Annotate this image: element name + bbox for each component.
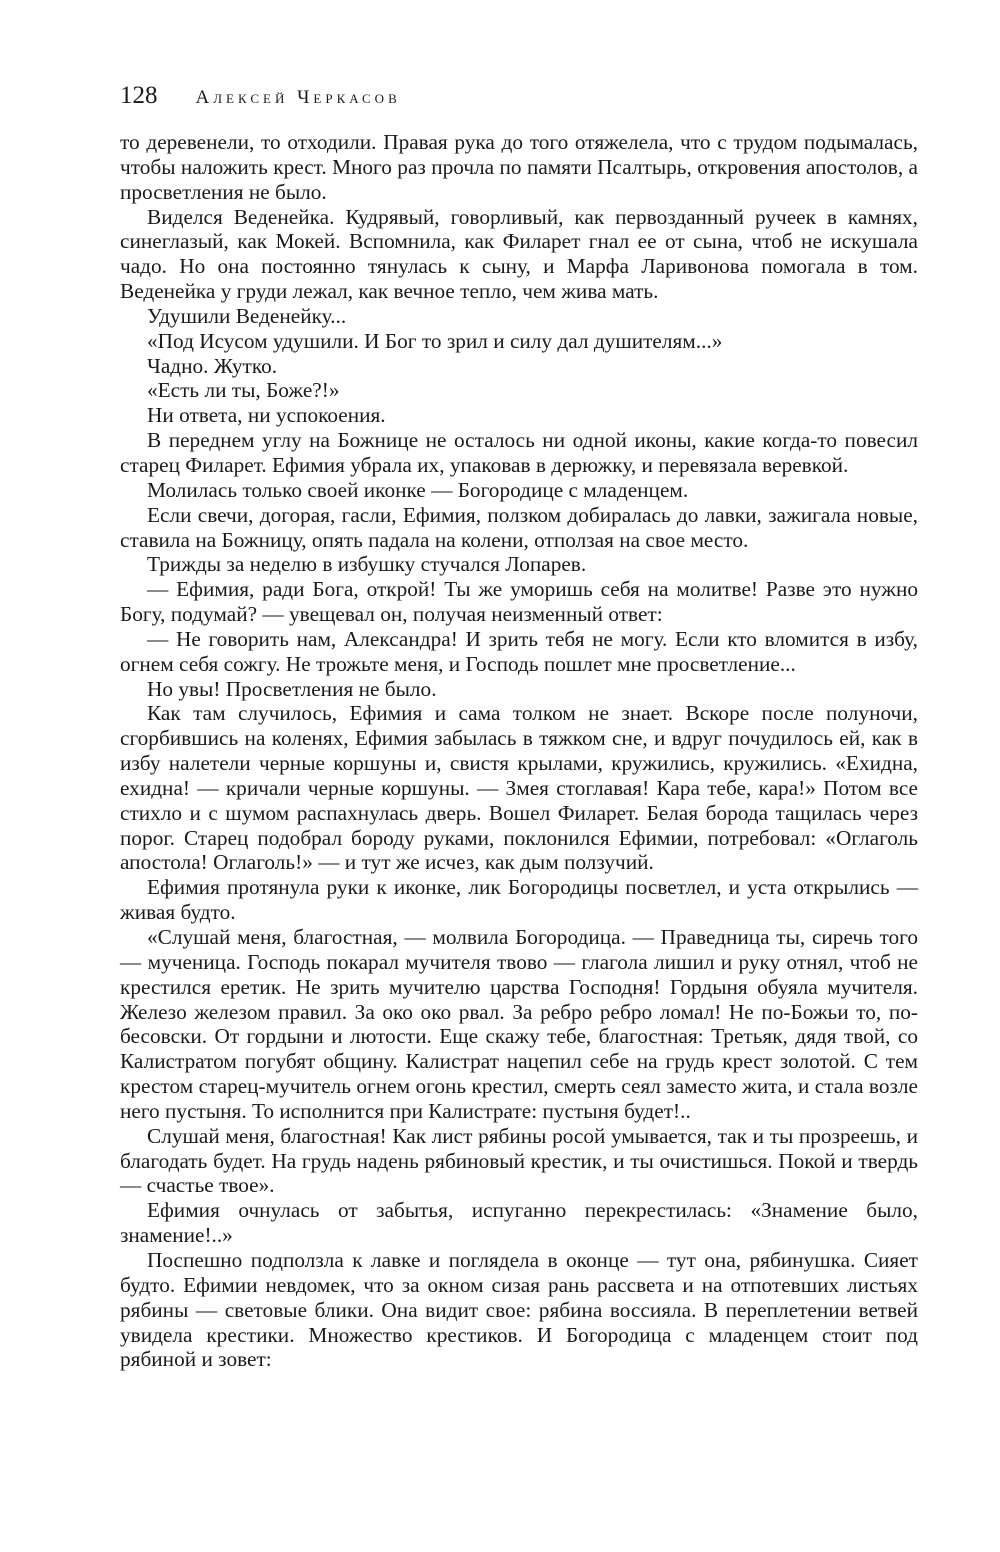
- running-head: 128 Алексей Черкасов: [120, 82, 918, 116]
- paragraph: Как там случилось, Ефимия и сама толком …: [120, 701, 918, 875]
- paragraph: Слушай меня, благостная! Как лист рябины…: [120, 1124, 918, 1199]
- running-head-author: Алексей Черкасов: [196, 87, 401, 109]
- paragraph: Поспешно подползла к лавке и поглядела в…: [120, 1248, 918, 1372]
- paragraph: Удушили Веденейку...: [120, 304, 918, 329]
- paragraph: Но увы! Просветления не было.: [120, 677, 918, 702]
- book-page: 128 Алексей Черкасов то деревенели, то о…: [120, 82, 918, 1372]
- paragraph: Виделся Веденейка. Кудрявый, говорливый,…: [120, 205, 918, 304]
- paragraph: — Не говорить нам, Александра! И зрить т…: [120, 627, 918, 677]
- paragraph: «Слушай меня, благостная, — молвила Бого…: [120, 925, 918, 1124]
- paragraph: Ефимия протянула руки к иконке, лик Бого…: [120, 875, 918, 925]
- paragraph: Если свечи, догорая, гасли, Ефимия, полз…: [120, 503, 918, 553]
- page-number: 128: [120, 82, 158, 110]
- paragraph: В переднем углу на Божнице не осталось н…: [120, 428, 918, 478]
- paragraph: Молилась только своей иконке — Богородиц…: [120, 478, 918, 503]
- paragraph: Чадно. Жутко.: [120, 354, 918, 379]
- paragraph: «Под Исусом удушили. И Бог то зрил и сил…: [120, 329, 918, 354]
- page-body: то деревенели, то отходили. Правая рука …: [120, 130, 918, 1372]
- paragraph: «Есть ли ты, Боже?!»: [120, 378, 918, 403]
- paragraph: то деревенели, то отходили. Правая рука …: [120, 130, 918, 205]
- paragraph: — Ефимия, ради Бога, открой! Ты же умори…: [120, 577, 918, 627]
- paragraph: Ни ответа, ни успокоения.: [120, 403, 918, 428]
- paragraph: Ефимия очнулась от забытья, испуганно пе…: [120, 1198, 918, 1248]
- paragraph: Трижды за неделю в избушку стучался Лопа…: [120, 552, 918, 577]
